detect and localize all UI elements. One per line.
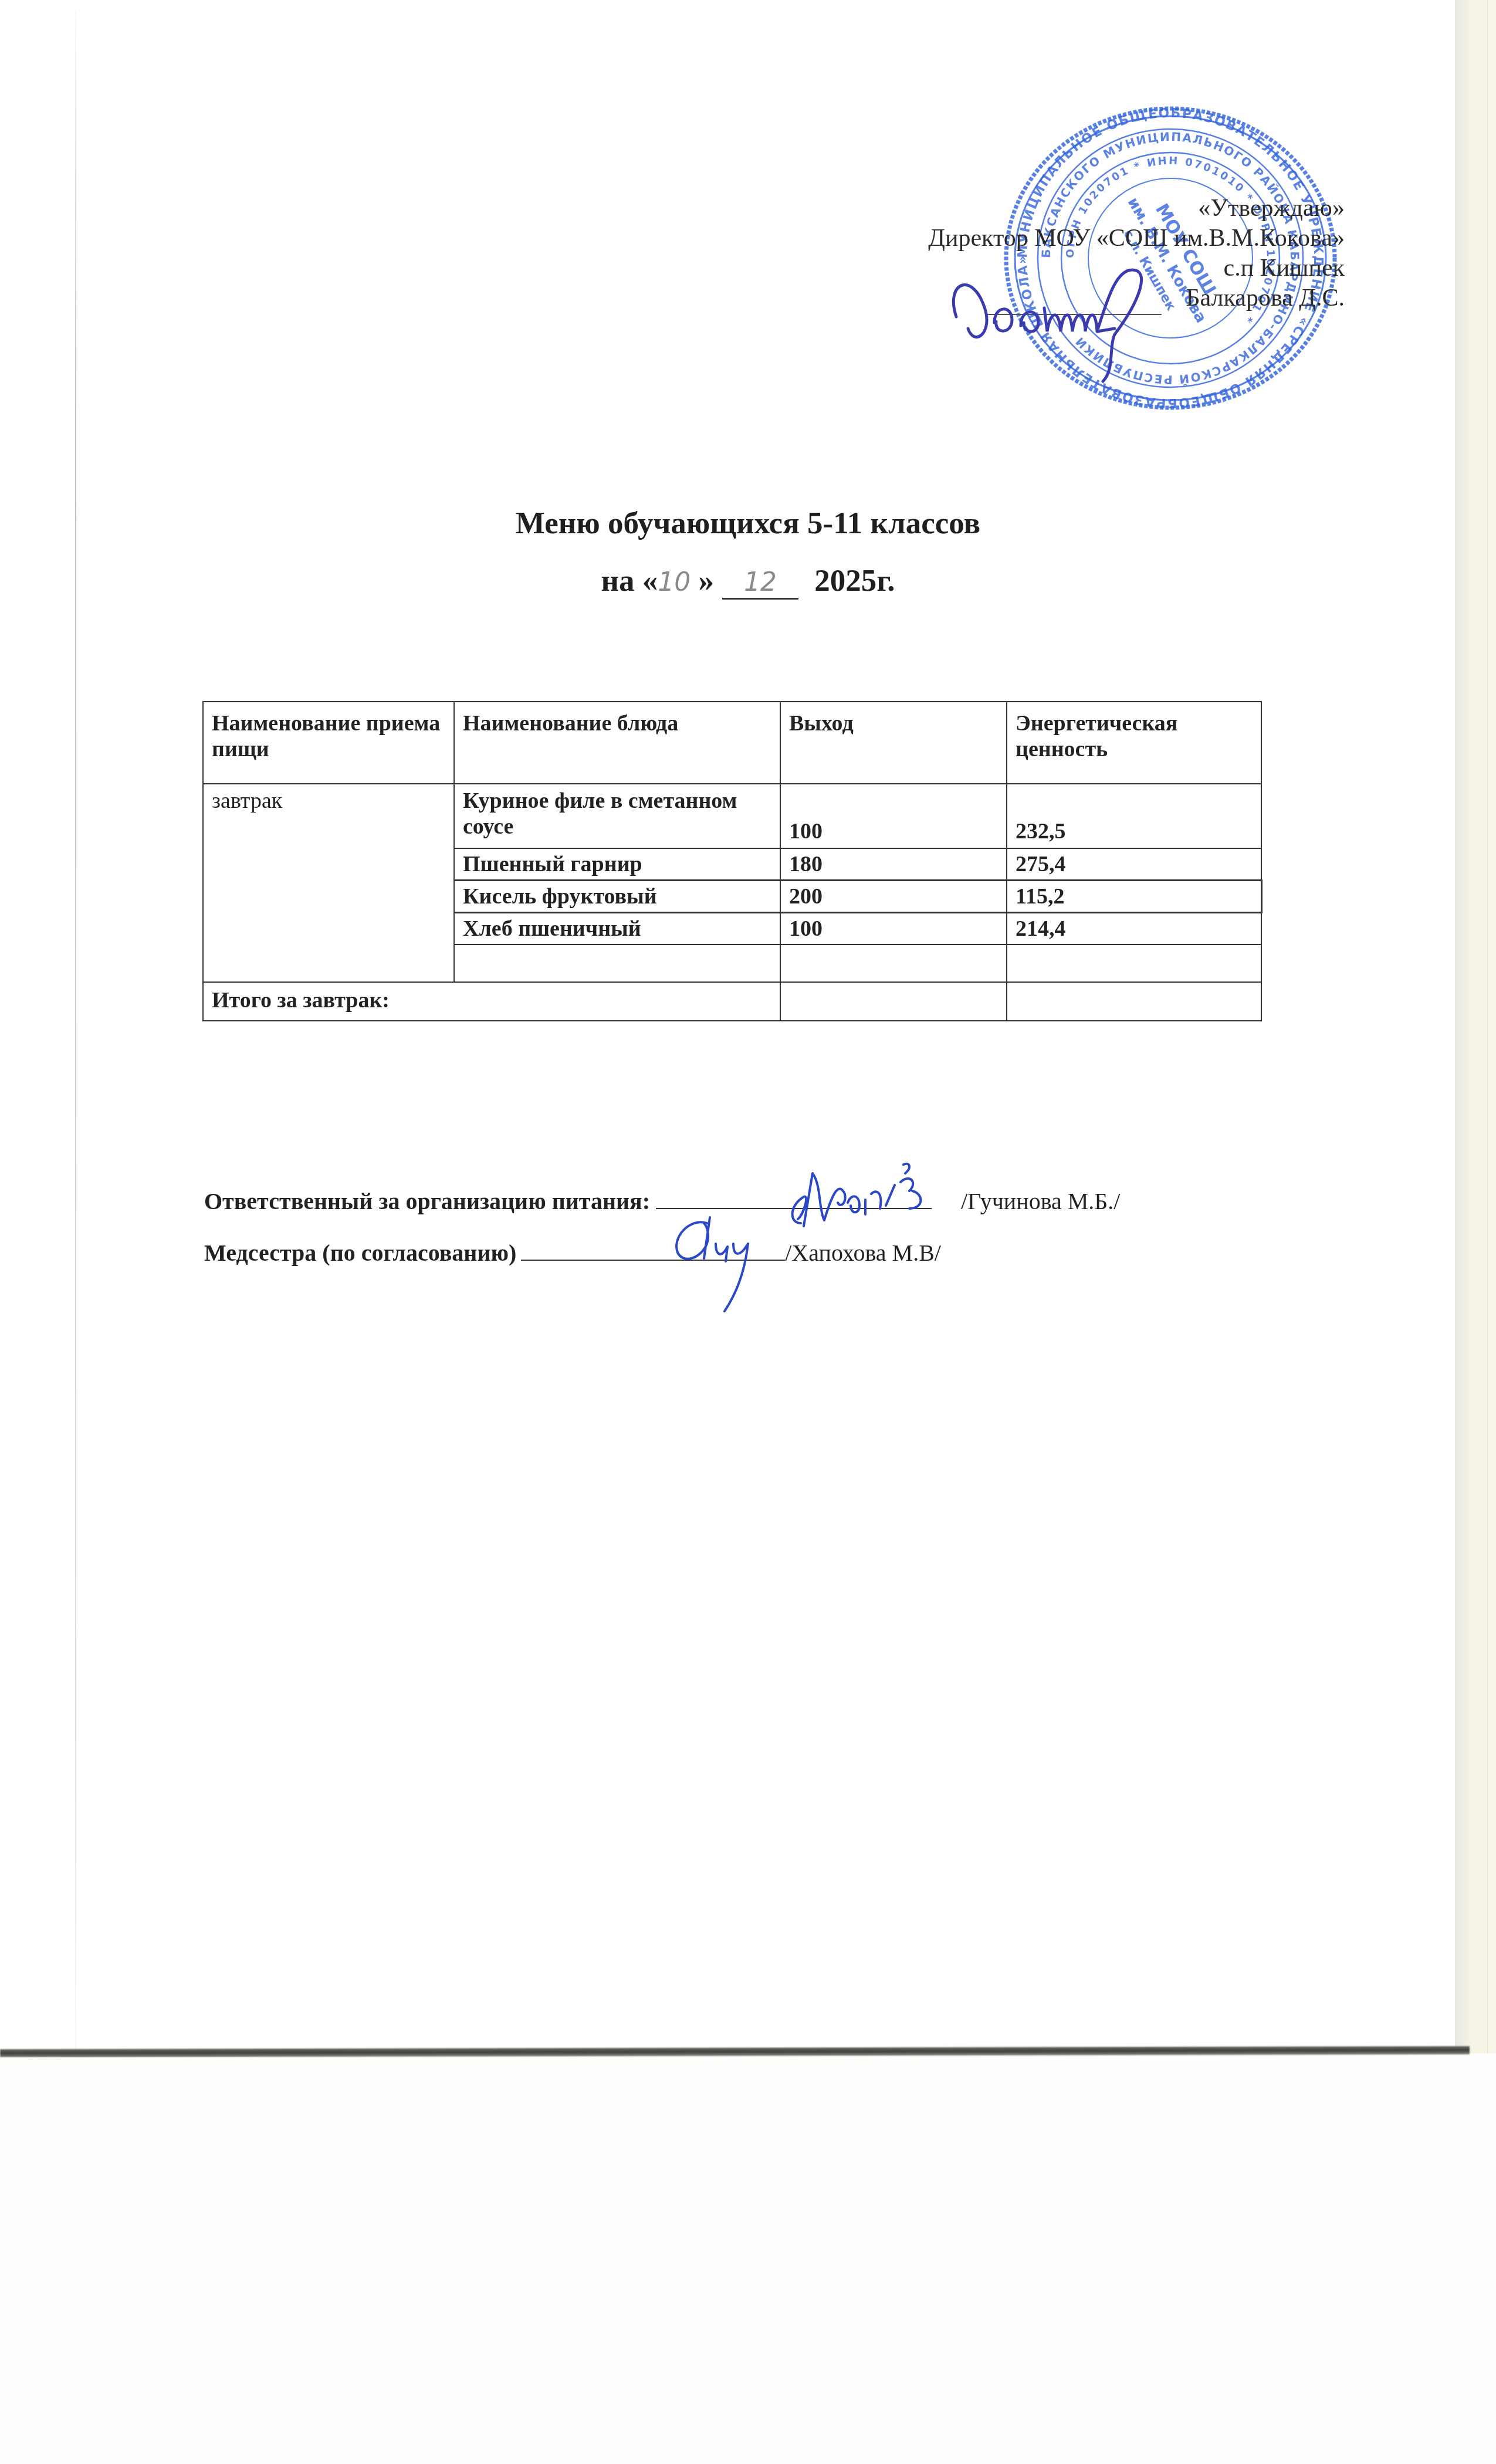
dish-name: Кисель фруктовый	[454, 881, 780, 913]
dish-name: Пшенный гарнир	[454, 848, 780, 881]
dish-name	[454, 945, 780, 982]
approval-director-name: Балкарова Д.С.	[928, 283, 1345, 313]
nurse-label: Медсестра (по согласованию)	[204, 1240, 516, 1266]
dish-output	[780, 945, 1007, 982]
total-energy	[1007, 982, 1261, 1021]
dish-output: 180	[780, 848, 1007, 881]
approval-block: «Утверждаю» Директор МОУ «СОШ им.В.М.Кок…	[928, 194, 1345, 313]
responsible-signature-blank	[656, 1190, 932, 1209]
header-energy: Энергетическая ценность	[1007, 702, 1261, 784]
approval-location: с.п Кишпек	[928, 253, 1345, 283]
header-meal: Наименование приема пищи	[203, 702, 454, 784]
total-output	[780, 982, 1007, 1021]
nurse-signature-line: Медсестра (по согласованию)/Хапохова М.В…	[204, 1239, 941, 1267]
approval-director: Директор МОУ «СОШ им.В.М.Кокова»	[928, 224, 1345, 253]
date-day-handwritten: 10	[658, 567, 691, 597]
total-label: Итого за завтрак:	[203, 982, 780, 1021]
responsible-signature-line: Ответственный за организацию питания:/Гу…	[204, 1187, 1120, 1215]
dish-energy: 275,4	[1007, 848, 1261, 881]
document-title: Меню обучающихся 5-11 классов	[0, 506, 1496, 541]
dish-output: 100	[780, 913, 1007, 945]
responsible-label: Ответственный за организацию питания:	[204, 1188, 650, 1214]
table-row: завтрак Куриное филе в сметанном соусе 1…	[203, 784, 1261, 848]
table-total-row: Итого за завтрак:	[203, 982, 1261, 1021]
menu-date: на «10 »12 2025г.	[0, 563, 1496, 600]
dish-name: Куриное филе в сметанном соусе	[454, 784, 780, 848]
date-month-handwritten: 12	[722, 567, 798, 600]
date-year: 2025г.	[814, 564, 895, 598]
dish-name: Хлеб пшеничный	[454, 913, 780, 945]
dish-energy: 232,5	[1007, 784, 1261, 848]
header-dish: Наименование блюда	[454, 702, 780, 784]
page-edge	[1455, 0, 1496, 2053]
dish-energy: 214,4	[1007, 913, 1261, 945]
nurse-name: /Хапохова М.В/	[785, 1240, 941, 1266]
dish-output: 100	[780, 784, 1007, 848]
menu-table: Наименование приема пищи Наименование бл…	[202, 701, 1263, 1021]
director-signature-line	[986, 314, 1162, 315]
date-close-quote: »	[698, 564, 714, 598]
nurse-signature-blank	[521, 1242, 785, 1261]
dish-energy: 115,2	[1007, 881, 1261, 913]
meal-name: завтрак	[203, 784, 454, 982]
date-prefix: на «	[601, 564, 658, 598]
responsible-name: /Гучинова М.Б./	[961, 1188, 1120, 1214]
header-output: Выход	[780, 702, 1007, 784]
table-header-row: Наименование приема пищи Наименование бл…	[203, 702, 1261, 784]
dish-energy	[1007, 945, 1261, 982]
approval-heading: «Утверждаю»	[928, 194, 1345, 224]
scanner-background	[0, 2057, 1496, 2464]
dish-output: 200	[780, 881, 1007, 913]
scan-fold-line	[75, 12, 76, 2053]
page-edge-line	[1487, 0, 1488, 2053]
